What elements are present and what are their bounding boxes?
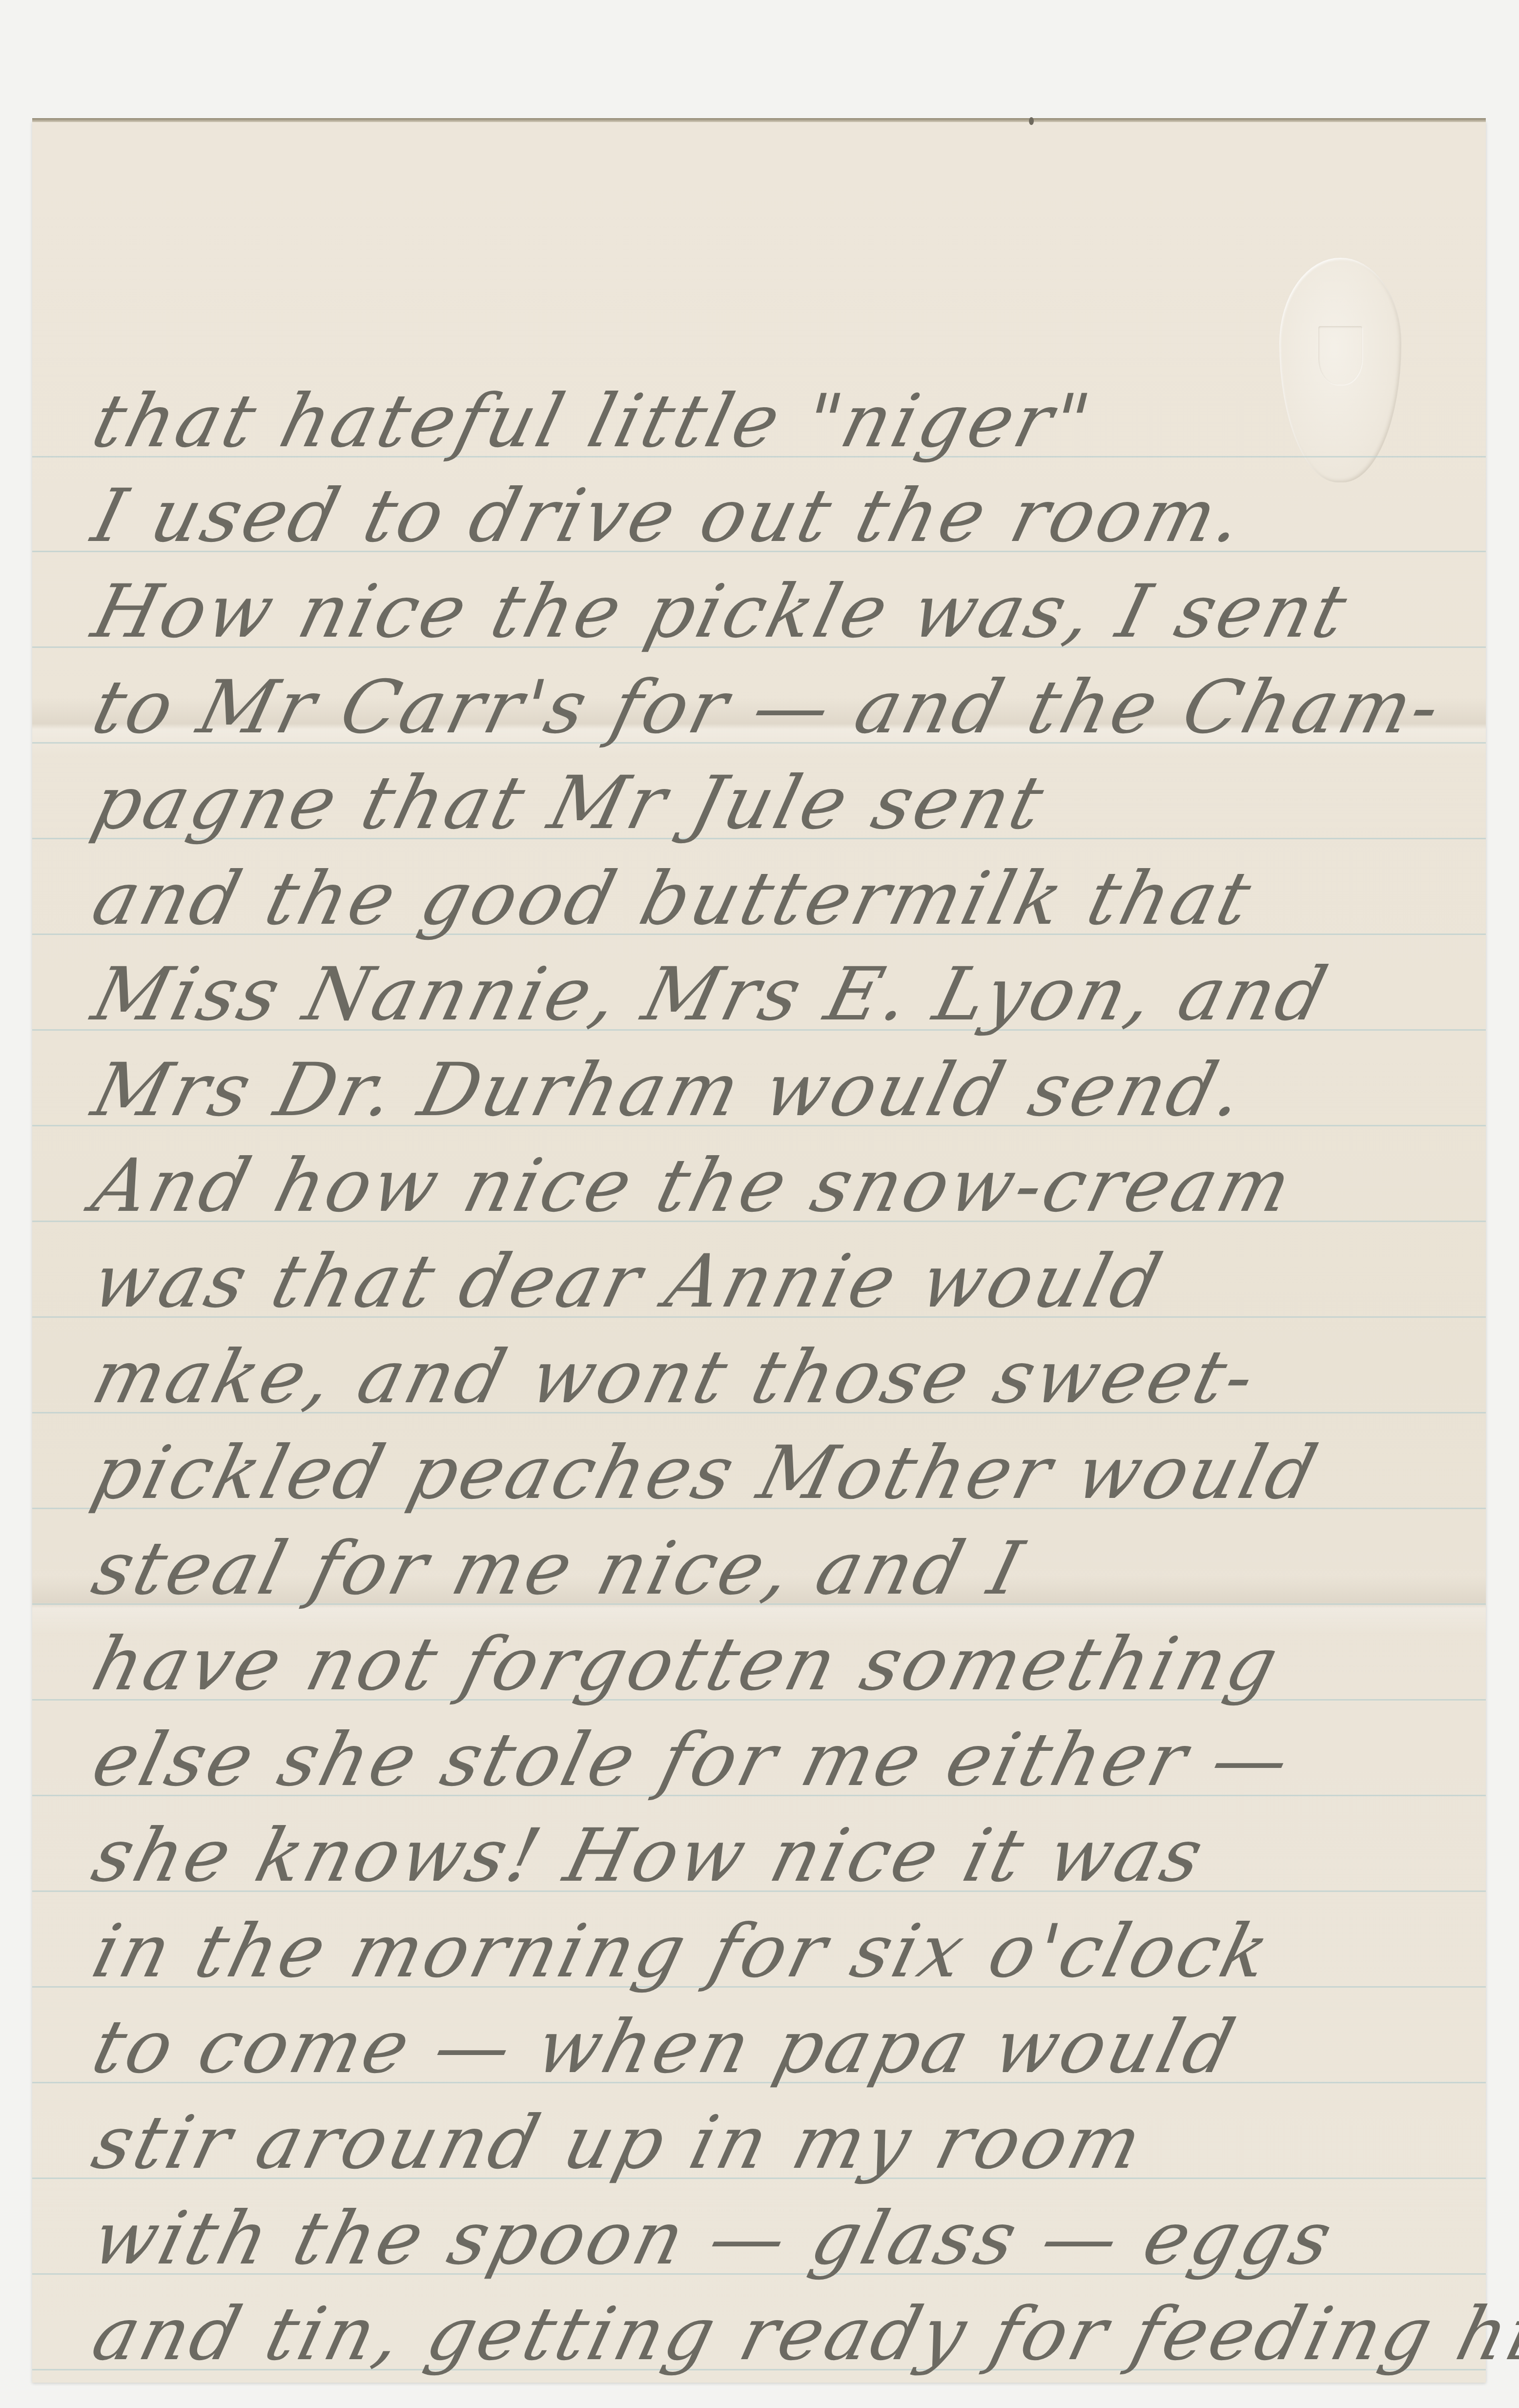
handwritten-line: Mrs Dr. Durham would send. (86, 1054, 1500, 1127)
handwritten-line: that hateful little "niger" (86, 385, 1500, 458)
handwritten-line: make, and wont those sweet- (86, 1341, 1500, 1414)
handwritten-line: stir around up in my room (86, 2106, 1500, 2180)
handwritten-line: And how nice the snow-cream (86, 1149, 1500, 1223)
handwritten-line: was that dear Annie would (86, 1245, 1500, 1318)
handwritten-line: steal for me nice, and I (86, 1532, 1500, 1605)
handwritten-line: else she stole for me either — (86, 1723, 1500, 1797)
handwritten-line: pickled peaches Mother would (86, 1436, 1500, 1510)
handwritten-line: she knows! How nice it was (86, 1819, 1500, 1892)
handwritten-line: Miss Nannie, Mrs E. Lyon, and (86, 958, 1500, 1031)
handwritten-line: have not forgotten something (86, 1628, 1500, 1701)
handwritten-line: in the morning for six o'clock (86, 1915, 1500, 1988)
seal-shield-icon (1318, 326, 1362, 385)
page-top-edge (32, 118, 1486, 122)
handwritten-line: How nice the pickle was, I sent (86, 575, 1500, 648)
handwritten-line: and tin, getting ready for feeding him (86, 2298, 1500, 2371)
handwritten-line: and the good buttermilk that (86, 862, 1500, 935)
ink-dot (1029, 117, 1034, 125)
handwritten-line: to come — when papa would (86, 2011, 1500, 2084)
handwritten-line: with the spoon — glass — eggs (86, 2202, 1500, 2275)
handwritten-line: pagne that Mr Jule sent (86, 767, 1500, 840)
handwritten-line: to Mr Carr's for — and the Cham- (86, 671, 1500, 744)
handwritten-line: I used to drive out the room. (86, 479, 1500, 553)
letter-page: that hateful little "niger" I used to dr… (32, 121, 1486, 2383)
